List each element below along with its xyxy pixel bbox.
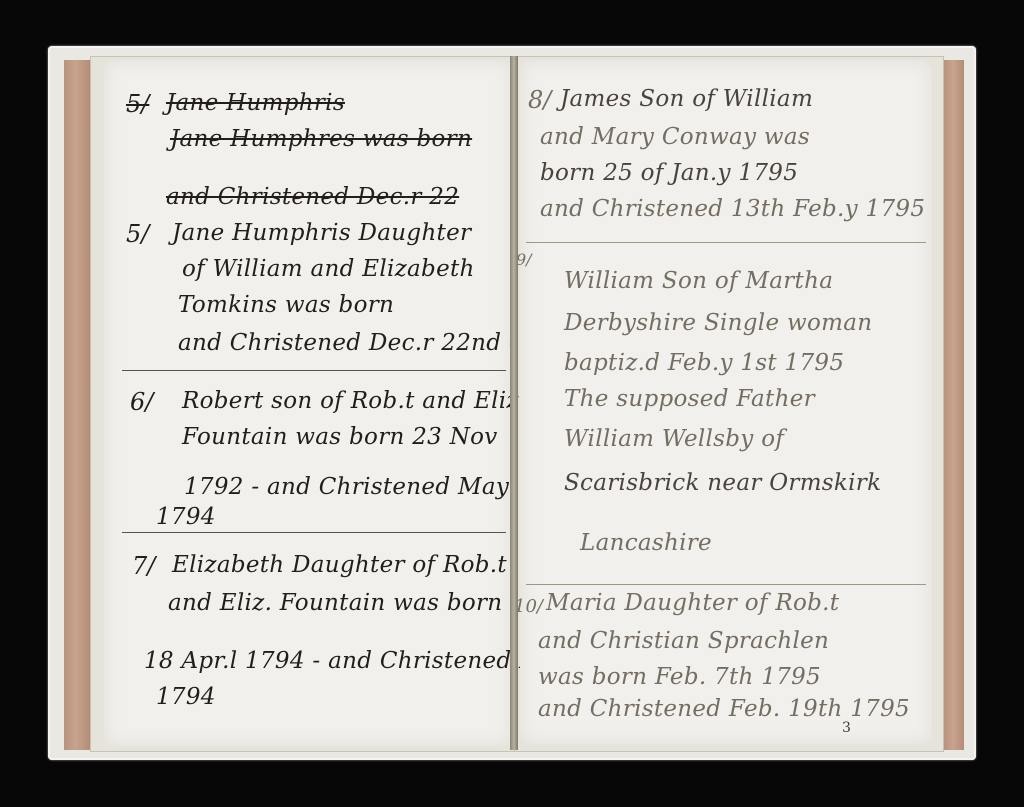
entry-line: Robert son of Rob.t and Eliz: [182, 388, 519, 414]
entry-line: Jane Humphris: [166, 90, 345, 116]
entry-line: and Christened Feb. 19th 1795: [538, 696, 910, 722]
entry-line: Elizabeth Daughter of Rob.t: [172, 552, 507, 578]
book-gutter: [510, 56, 518, 750]
left-page: 5/ Jane Humphris Jane Humphres was born …: [104, 60, 512, 746]
entry-divider: [122, 532, 506, 533]
entry-number: 6/: [130, 388, 153, 416]
entry-line: Jane Humphris Daughter: [172, 220, 471, 246]
entry-line: baptiz.d Feb.y 1st 1795: [564, 350, 844, 376]
binding-strip-right: [944, 60, 964, 750]
entry-line: Lancashire: [580, 530, 712, 556]
entry-line: and Christened Dec.r 22: [166, 184, 459, 210]
entry-divider: [122, 370, 506, 371]
entry-line: Maria Daughter of Rob.t: [546, 590, 839, 616]
entry-number: 7/: [132, 552, 155, 580]
entry-line: and Mary Conway was: [540, 124, 810, 150]
entry-line: Scarisbrick near Ormskirk: [564, 470, 881, 496]
entry-number: 8/: [528, 86, 551, 114]
entry-number: 5/: [126, 90, 149, 118]
entry-line: born 25 of Jan.y 1795: [540, 160, 798, 186]
entry-line: Jane Humphres was born: [170, 126, 472, 152]
entry-divider: [526, 242, 926, 243]
entry-line: 1794: [156, 684, 216, 710]
entry-line: Derbyshire Single woman: [564, 310, 872, 336]
entry-line: and Eliz. Fountain was born: [168, 590, 502, 616]
entry-line: Tomkins was born: [178, 292, 394, 318]
entry-number: 5/: [126, 220, 149, 248]
page-number: 3: [842, 720, 851, 736]
entry-divider: [526, 584, 926, 585]
entry-line: William Son of Martha: [564, 268, 833, 294]
entry-line: William Wellsby of: [564, 426, 784, 452]
binding-strip-left: [64, 60, 90, 750]
entry-line: 1792 - and Christened May: [184, 474, 509, 500]
entry-line: and Christened 13th Feb.y 1795: [540, 196, 925, 222]
entry-line: Fountain was born 23 Nov: [182, 424, 498, 450]
entry-line: James Son of William: [560, 86, 813, 112]
entry-line: of William and Elizabeth: [182, 256, 475, 282]
right-page: 8/ James Son of William and Mary Conway …: [520, 60, 932, 744]
entry-number: 10/: [514, 596, 543, 617]
entry-line: 1794: [156, 504, 216, 530]
entry-line: and Christian Sprachlen: [538, 628, 829, 654]
entry-line: was born Feb. 7th 1795: [538, 664, 821, 690]
entry-line: The supposed Father: [564, 386, 815, 412]
entry-number: 9/: [516, 250, 532, 269]
